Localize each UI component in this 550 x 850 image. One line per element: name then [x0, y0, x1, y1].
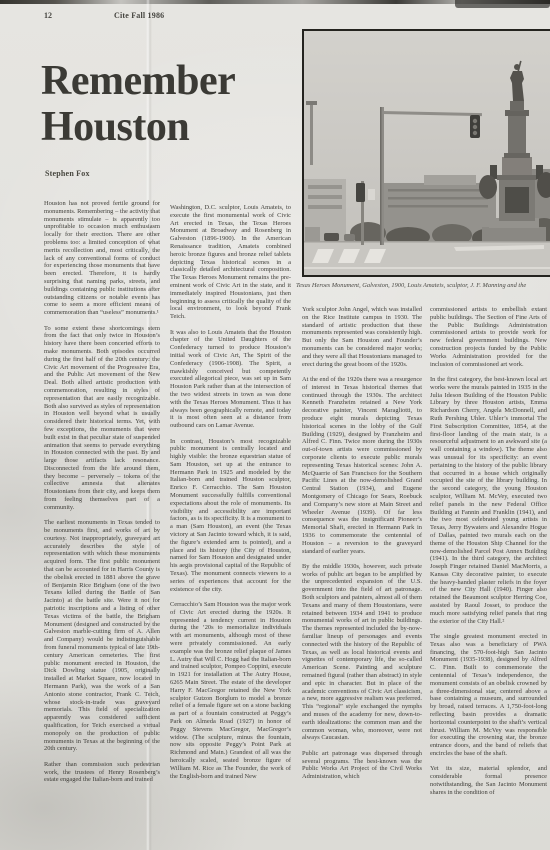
paragraph: commissioned artists to embellish extant…	[430, 306, 547, 368]
article-title-line1: Remember	[41, 58, 301, 104]
paragraph: Houston has not proved fertile ground fo…	[44, 200, 160, 317]
paragraph: The earliest monuments in Texas tended t…	[44, 519, 160, 753]
magazine-page: 12 Cite Fall 1986 Remember Houston Steph…	[0, 0, 550, 850]
text-column-2: Washington, D.C. sculptor, Louis Amateis…	[170, 204, 291, 788]
paragraph: York sculptor John Angel, which was inst…	[302, 306, 422, 368]
paragraph: Yet its size, material splendor, and con…	[430, 765, 547, 796]
text-column-3: York sculptor John Angel, which was inst…	[302, 306, 422, 789]
paragraph: Cerracchio’s Sam Houston was the major w…	[170, 601, 291, 780]
paragraph: At the end of the 1920s there was a resu…	[302, 376, 422, 555]
text-column-1: Houston has not proved fertile ground fo…	[44, 200, 160, 792]
byline: Stephen Fox	[45, 169, 90, 178]
paragraph: By the middle 1930s, however, such priva…	[302, 563, 422, 742]
page-number: 12	[44, 11, 52, 20]
article-title: Remember Houston	[41, 58, 301, 150]
paragraph: In the first category, the best-known lo…	[430, 376, 547, 626]
paragraph: It was also to Louis Amateis that the Ho…	[170, 329, 291, 430]
text-column-4: commissioned artists to embellish extant…	[430, 306, 547, 804]
paragraph: Rather than commission such pedestrian w…	[44, 761, 160, 784]
scan-corner-artifact	[455, 0, 550, 8]
paragraph: To some extent these shortcomings stem f…	[44, 325, 160, 512]
paragraph: The single greatest monument erected in …	[430, 633, 547, 758]
masthead: Cite Fall 1986	[114, 11, 164, 20]
monument-photo	[302, 29, 550, 277]
paragraph: Public art patronage was dispersed throu…	[302, 750, 422, 781]
photo-caption: Texas Heroes Monument, Galveston, 1900, …	[296, 282, 550, 289]
article-title-line2: Houston	[41, 104, 301, 150]
paragraph: Washington, D.C. sculptor, Louis Amateis…	[170, 204, 291, 321]
texas-heroes-monument-illustration	[304, 31, 550, 275]
paragraph: In contrast, Houston’s most recognizable…	[170, 438, 291, 594]
